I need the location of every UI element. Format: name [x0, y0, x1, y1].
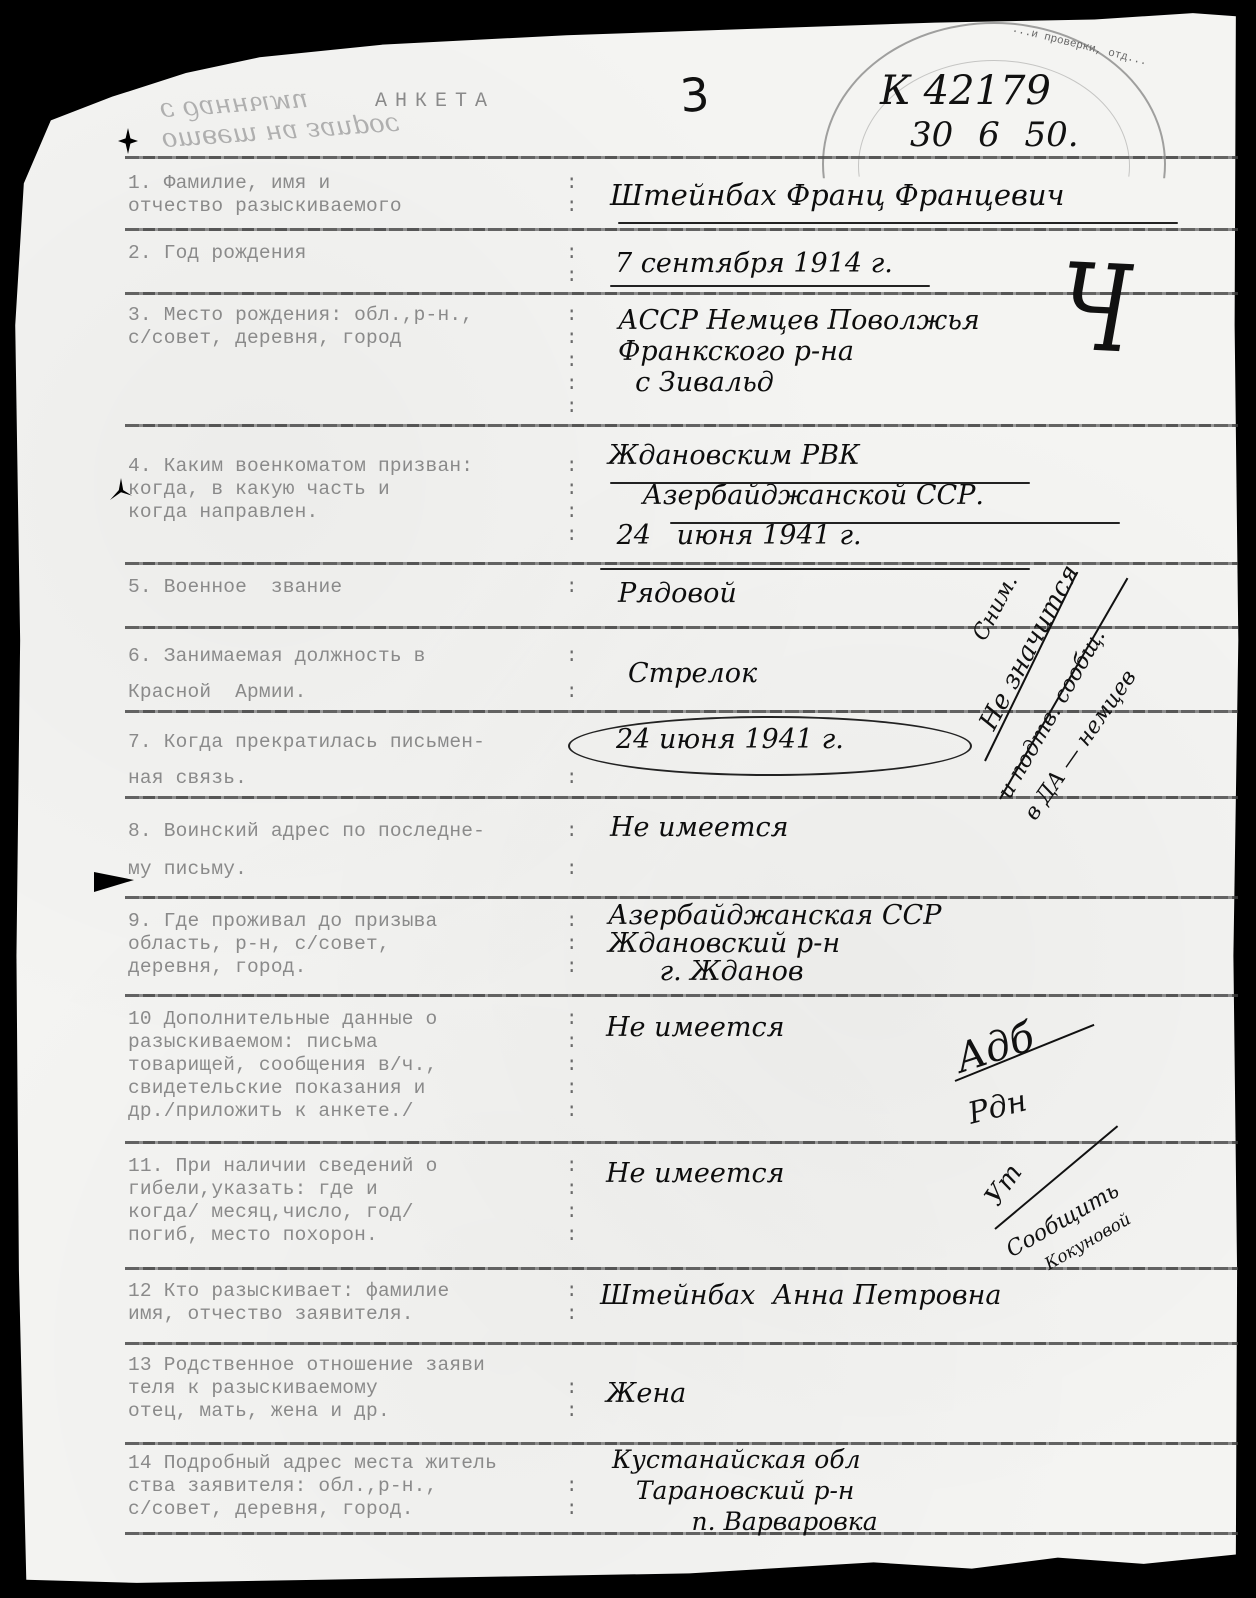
colon-separator: : :: [566, 1475, 578, 1521]
colon-separator: : :: [566, 172, 578, 218]
colon-separator: : : : : :: [566, 1008, 578, 1123]
row-divider: [125, 796, 1238, 799]
row-label: 5. Военное звание: [128, 576, 588, 599]
answer-underline: [610, 482, 1030, 484]
row-divider: [125, 1141, 1238, 1144]
row-divider: [125, 994, 1238, 997]
answer-value: Стрелок: [628, 658, 757, 689]
row-divider: [125, 710, 1238, 713]
answer-underline: [610, 285, 930, 287]
margin-handwritten-mark: Ч: [1060, 248, 1133, 371]
row-divider: [125, 424, 1238, 427]
colon-separator: : : : :: [566, 455, 578, 547]
row-divider: [125, 156, 1238, 159]
row-divider: [125, 562, 1238, 565]
answer-value: Не имеется: [610, 812, 788, 843]
colon-separator: : :: [566, 638, 578, 710]
row-divider: [125, 896, 1238, 899]
row-label: 1. Фамилие, имя и отчество разыскиваемог…: [128, 172, 588, 218]
answer-value: Ждановским РВК Азербайджанской ССР. 24 и…: [608, 436, 984, 556]
answer-value: Жена: [606, 1378, 686, 1409]
answer-value: Рядовой: [618, 578, 737, 609]
answer-value: Не имеется: [606, 1012, 784, 1043]
sheet-number: 3: [678, 67, 711, 123]
answer-underline: [618, 222, 1178, 224]
registration-date: 30 6 50.: [910, 115, 1079, 155]
row-label: 9. Где проживал до призыва область, р-н,…: [128, 910, 588, 979]
answer-value: Не имеется: [606, 1158, 784, 1189]
answer-value: Кустанайская обл Тарановский р-н п. Варв…: [612, 1444, 878, 1537]
colon-separator: : : : :: [566, 1155, 578, 1247]
row-label: 6. Занимаемая должность в Красной Армии.: [128, 638, 588, 710]
row-divider: [125, 228, 1238, 231]
row-label: 4. Каким военкоматом призван: когда, в к…: [128, 455, 588, 524]
colon-separator: : :: [566, 812, 578, 888]
row-label: 11. При наличии сведений о гибели,указат…: [128, 1155, 588, 1247]
colon-separator: :: [566, 760, 578, 796]
row-label: 2. Год рождения: [128, 242, 588, 265]
row-label: 3. Место рождения: обл.,р-н., с/совет, д…: [128, 304, 588, 350]
row-label: 13 Родственное отношение заяви теля к ра…: [128, 1354, 588, 1423]
answer-underline: [670, 522, 1120, 524]
row-divider: [125, 1267, 1238, 1270]
answer-value: Штейнбах Анна Петровна: [600, 1280, 1002, 1311]
answer-value: Штейнбах Франц Францевич: [610, 180, 1065, 211]
form-title: АНКЕТА: [375, 90, 495, 113]
answer-value: АССР Немцев Поволжья Франкского р-на с З…: [618, 305, 980, 398]
row-label: 14 Подробный адрес места житель ства зая…: [128, 1452, 588, 1521]
row-divider: [125, 626, 1238, 629]
row-label: 7. Когда прекратилась письмен- ная связь…: [128, 724, 588, 796]
row-label: 12 Кто разыскивает: фамилие имя, отчеств…: [128, 1280, 588, 1326]
colon-separator: : :: [566, 242, 578, 288]
row-label: 10 Дополнительные данные о разыскиваемом…: [128, 1008, 588, 1123]
colon-separator: : :: [566, 1280, 578, 1326]
colon-separator: : :: [566, 1377, 578, 1423]
row-label: 8. Воинский адрес по последне- му письму…: [128, 812, 588, 888]
colon-separator: :: [566, 576, 578, 599]
registration-number: К 42179: [880, 68, 1051, 114]
colon-separator: : : : : :: [566, 304, 578, 419]
answer-value: 24 июня 1941 г.: [616, 724, 844, 755]
colon-separator: : : :: [566, 910, 578, 979]
answer-value: 7 сентября 1914 г.: [615, 248, 893, 279]
answer-underline: [600, 568, 1030, 570]
row-divider: [125, 1342, 1238, 1345]
answer-value: Азербайджанская ССР Ждановский р-н г. Жд…: [608, 902, 941, 986]
